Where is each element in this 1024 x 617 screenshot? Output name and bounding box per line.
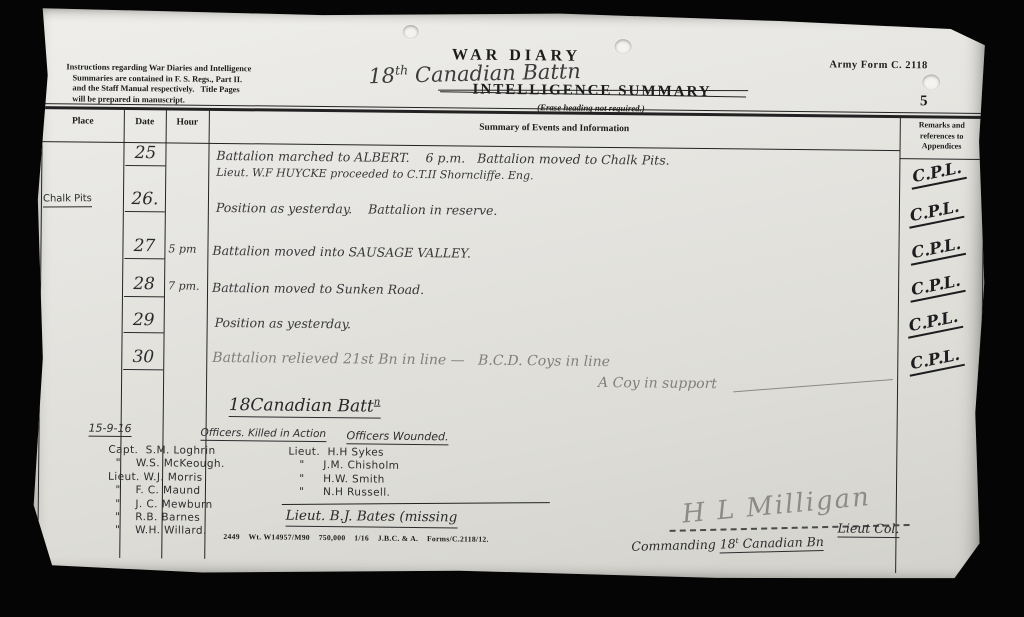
heading-ordinal: n bbox=[374, 397, 381, 408]
pencil-flourish bbox=[733, 379, 893, 392]
diary-entry-line: Battalion marched to ALBERT. 6 p.m. Batt… bbox=[216, 148, 669, 168]
date-entry: 27 bbox=[124, 236, 164, 259]
column-header-place: Place bbox=[42, 116, 124, 127]
initials-cpl: C.P.L. bbox=[907, 233, 966, 266]
unit-ordinal: th bbox=[395, 62, 409, 77]
commanding-unit-number: 18 bbox=[720, 536, 736, 551]
initials-cpl: C.P.L. bbox=[908, 157, 967, 190]
initials-cpl: C.P.L. bbox=[904, 306, 963, 339]
hole-punch-icon bbox=[403, 25, 419, 39]
diary-entry-line: Battalion moved to Sunken Road. bbox=[212, 280, 424, 297]
printer-imprint: 2449 Wt. W14957/M90 750,000 1/16 J.B.C. … bbox=[223, 532, 488, 544]
hour-entry: 5 pm bbox=[168, 242, 196, 255]
column-header-summary: Summary of Events and Information bbox=[209, 120, 900, 137]
table-right-rule bbox=[979, 113, 985, 573]
killed-name: " W.S. McKeough. bbox=[108, 457, 225, 472]
commanding-unit-rest: Canadian Bn bbox=[738, 534, 824, 551]
diary-entry-line: Position as yesterday. Battalion in rese… bbox=[216, 200, 498, 218]
unit-number: 18 bbox=[368, 64, 395, 89]
date-entry: 26. bbox=[125, 189, 165, 212]
date-entry: 28 bbox=[124, 274, 164, 297]
place-entry: Chalk Pits bbox=[43, 193, 92, 207]
diary-entry-line: Battalion moved into SAUSAGE VALLEY. bbox=[212, 243, 471, 261]
commanding-label: Commanding bbox=[631, 537, 720, 554]
wounded-title: Officers Wounded. bbox=[346, 429, 448, 445]
wounded-name: " N.H Russell. bbox=[288, 486, 399, 501]
commanding-line: Commanding 18t Canadian Bn bbox=[631, 534, 824, 554]
hour-entry: 7 pm. bbox=[168, 279, 200, 292]
column-header-date: Date bbox=[124, 117, 166, 127]
war-diary-page: Instructions regarding War Diaries and I… bbox=[31, 7, 989, 583]
summary-remarks-rule bbox=[895, 115, 901, 573]
casualties-heading: 18Canadian Battn bbox=[229, 395, 381, 419]
army-form-number: Army Form C. 2118 bbox=[829, 59, 927, 71]
date-entry: 29 bbox=[124, 310, 164, 333]
wounded-name: " J.M. Chisholm bbox=[288, 459, 399, 474]
killed-name: " F. C. Maund bbox=[108, 484, 225, 499]
date-entry: 30 bbox=[123, 347, 163, 370]
initials-cpl: C.P.L. bbox=[905, 196, 964, 229]
heading-number: 18 bbox=[229, 395, 251, 415]
killed-title: Officers. Killed in Action bbox=[200, 427, 326, 442]
killed-name: " R.B. Barnes bbox=[108, 511, 225, 526]
killed-name: " J. C. Mewburn bbox=[108, 497, 225, 512]
diary-entry-line: Position as yesterday. bbox=[215, 315, 352, 331]
diary-entry-line: Lieut. W.F HUYCKE proceeded to C.T.II Sh… bbox=[216, 166, 533, 182]
remarks-header-rule bbox=[899, 158, 985, 160]
hole-punch-icon bbox=[922, 74, 940, 90]
instructions-note: Instructions regarding War Diaries and I… bbox=[66, 62, 316, 107]
initials-cpl: C.P.L. bbox=[906, 270, 965, 303]
heading-main: Canadian Batt bbox=[250, 395, 374, 416]
wounded-name: Lieut. H.H Sykes bbox=[288, 446, 399, 461]
wounded-name: " H.W. Smith bbox=[288, 472, 399, 487]
killed-name: Capt. S.M. Loghrin bbox=[108, 444, 225, 459]
column-header-hour: Hour bbox=[166, 117, 209, 127]
date-entry: 25 bbox=[125, 143, 165, 166]
wounded-list: Lieut. H.H Sykes " J.M. Chisholm " H.W. … bbox=[288, 446, 400, 501]
killed-name: " W.H. Willard. bbox=[107, 524, 224, 539]
missing-officer: Lieut. B.J. Bates (missing bbox=[286, 508, 458, 529]
initials-cpl: C.P.L. bbox=[906, 344, 965, 377]
killed-name: Lieut. W.J. Morris bbox=[108, 471, 225, 486]
diary-entry-line: Battalion relieved 21st Bn in line — B.C… bbox=[212, 350, 610, 370]
wounded-underline bbox=[282, 502, 550, 505]
killed-list: Capt. S.M. Loghrin " W.S. McKeough. Lieu… bbox=[107, 444, 224, 539]
casualty-date: 15-9-16 bbox=[88, 422, 131, 437]
table-left-rule bbox=[37, 106, 43, 558]
diary-entry-line: A Coy in support bbox=[598, 375, 717, 392]
page-number: 5 bbox=[920, 93, 928, 110]
signature-rank: Lieut Col. bbox=[837, 520, 899, 538]
column-header-remarks: Remarks and references to Appendices bbox=[900, 120, 984, 152]
photo-background: Instructions regarding War Diaries and I… bbox=[0, 0, 1024, 617]
